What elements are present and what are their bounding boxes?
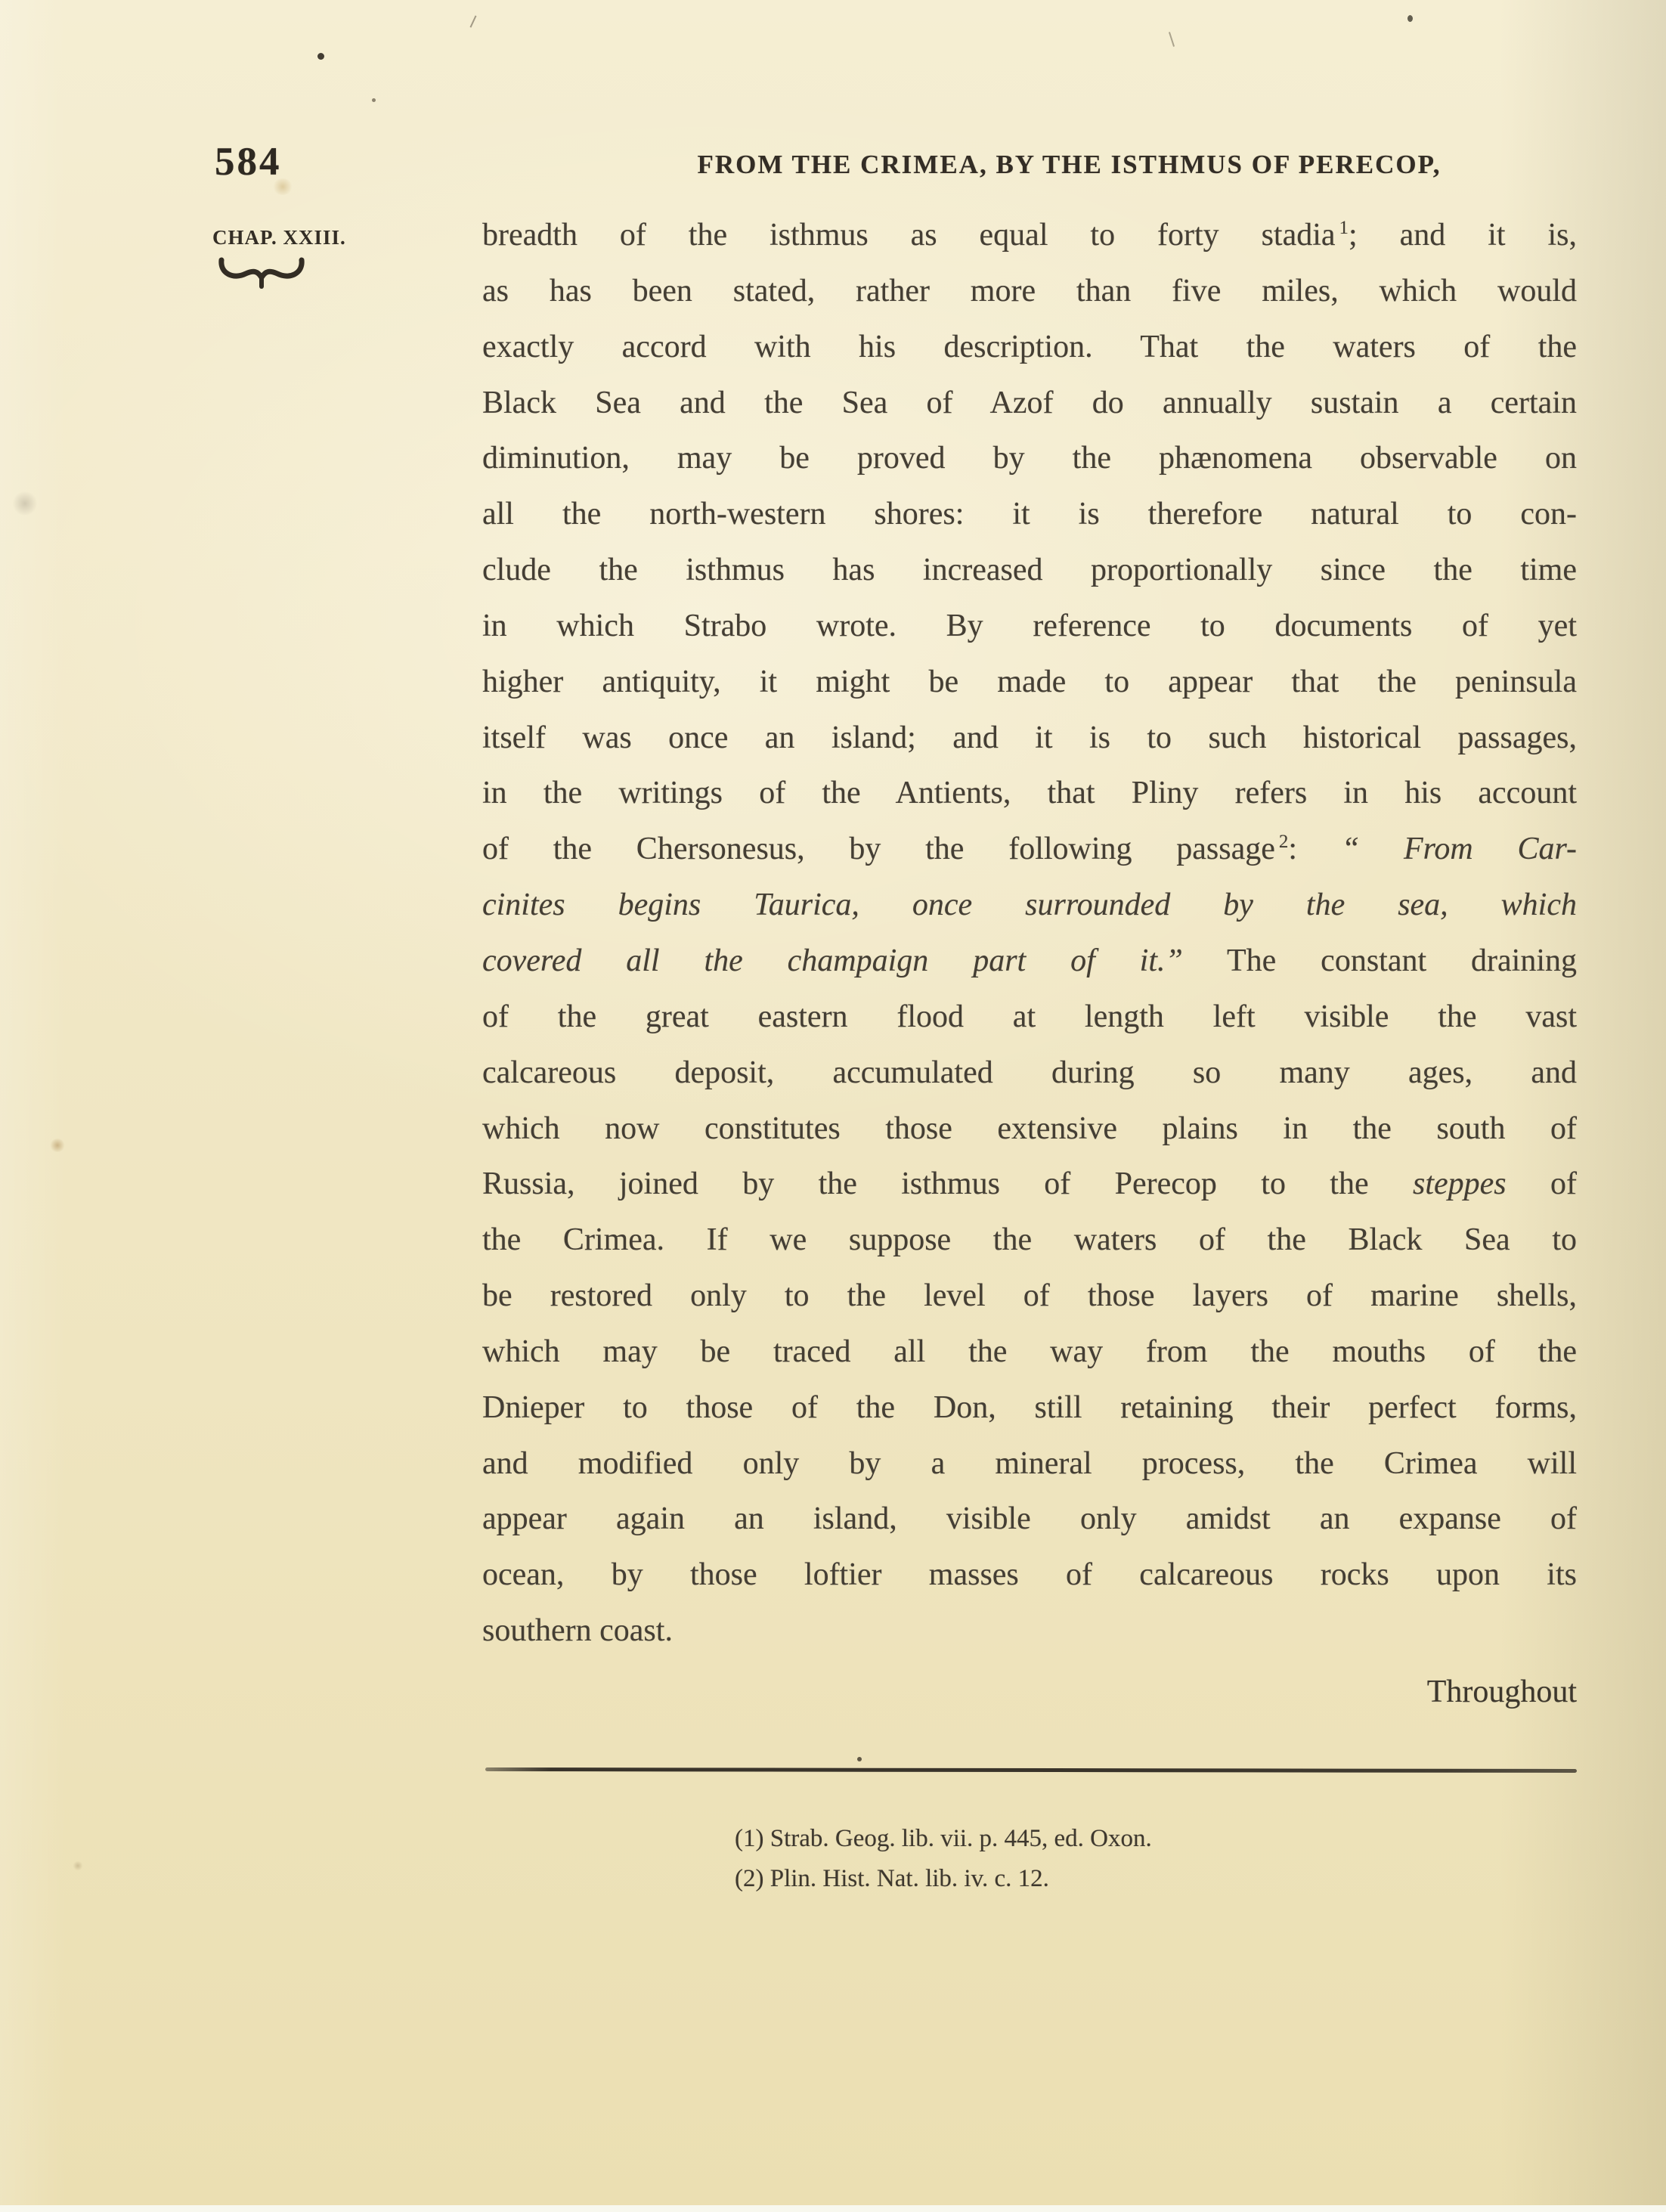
text-line: exactly accord with his description. Tha… — [482, 320, 1577, 376]
foxing-spot — [73, 1861, 83, 1870]
footnote: (2) Plin. Hist. Nat. lib. iv. c. 12. — [735, 1859, 1152, 1899]
foxing-spot — [372, 98, 376, 102]
text-line: which may be traced all the way from the… — [482, 1324, 1577, 1380]
text-line: cinites begins Taurica, once surrounded … — [482, 878, 1577, 934]
scan-edge-strip — [0, 2205, 1666, 2212]
foxing-spot — [50, 1139, 65, 1152]
text-line: ocean, by those loftier masses of calcar… — [482, 1547, 1577, 1603]
brace-ornament-icon — [217, 254, 306, 292]
text-line: Dnieper to those of the Don, still retai… — [482, 1380, 1577, 1436]
foxing-spot — [12, 491, 38, 516]
text-line: in which Strabo wrote. By reference to d… — [482, 599, 1577, 655]
text-line: itself was once an island; and it is to … — [482, 711, 1577, 767]
foxing-spot — [1407, 15, 1413, 22]
foxing-spot — [317, 53, 324, 60]
book-page-scan: 584 FROM THE CRIMEA, BY THE ISTHMUS OF P… — [0, 0, 1666, 2212]
text-line: Russia, joined by the isthmus of Perecop… — [482, 1157, 1577, 1213]
text-line: southern coast. — [482, 1603, 1577, 1659]
text-line: breadth of the isthmus as equal to forty… — [482, 208, 1577, 264]
text-line: of the Chersonesus, by the following pas… — [482, 822, 1577, 878]
footnote: (1) Strab. Geog. lib. vii. p. 445, ed. O… — [735, 1819, 1152, 1859]
text-line: clude the isthmus has increased proporti… — [482, 543, 1577, 599]
footnotes: (1) Strab. Geog. lib. vii. p. 445, ed. O… — [735, 1819, 1152, 1899]
text-line: calcareous deposit, accumulated during s… — [482, 1046, 1577, 1101]
foxing-spot — [1169, 32, 1175, 47]
text-line: and modified only by a mineral process, … — [482, 1436, 1577, 1492]
text-line: appear again an island, visible only ami… — [482, 1492, 1577, 1547]
footnote-rule — [485, 1767, 1577, 1773]
text-line: in the writings of the Antients, that Pl… — [482, 766, 1577, 822]
chapter-margin-note: CHAP. XXIII. — [212, 226, 346, 249]
text-line: Black Sea and the Sea of Azof do annuall… — [482, 376, 1577, 432]
text-line: all the north-western shores: it is ther… — [482, 487, 1577, 543]
text-line: which now constitutes those extensive pl… — [482, 1101, 1577, 1157]
foxing-spot — [857, 1757, 862, 1761]
page-number: 584 — [215, 139, 282, 184]
running-header: FROM THE CRIMEA, BY THE ISTHMUS OF PEREC… — [561, 150, 1578, 180]
text-line: of the great eastern flood at length lef… — [482, 990, 1577, 1046]
text-line: diminution, may be proved by the phænome… — [482, 431, 1577, 487]
body-text: breadth of the isthmus as equal to forty… — [482, 208, 1577, 1659]
text-line: higher antiquity, it might be made to ap… — [482, 655, 1577, 711]
foxing-spot — [470, 15, 477, 27]
text-line: the Crimea. If we suppose the waters of … — [482, 1213, 1577, 1269]
text-line: covered all the champaign part of it.” T… — [482, 934, 1577, 990]
catchword: Throughout — [482, 1674, 1577, 1710]
text-line: be restored only to the level of those l… — [482, 1269, 1577, 1324]
text-line: as has been stated, rather more than fiv… — [482, 264, 1577, 320]
